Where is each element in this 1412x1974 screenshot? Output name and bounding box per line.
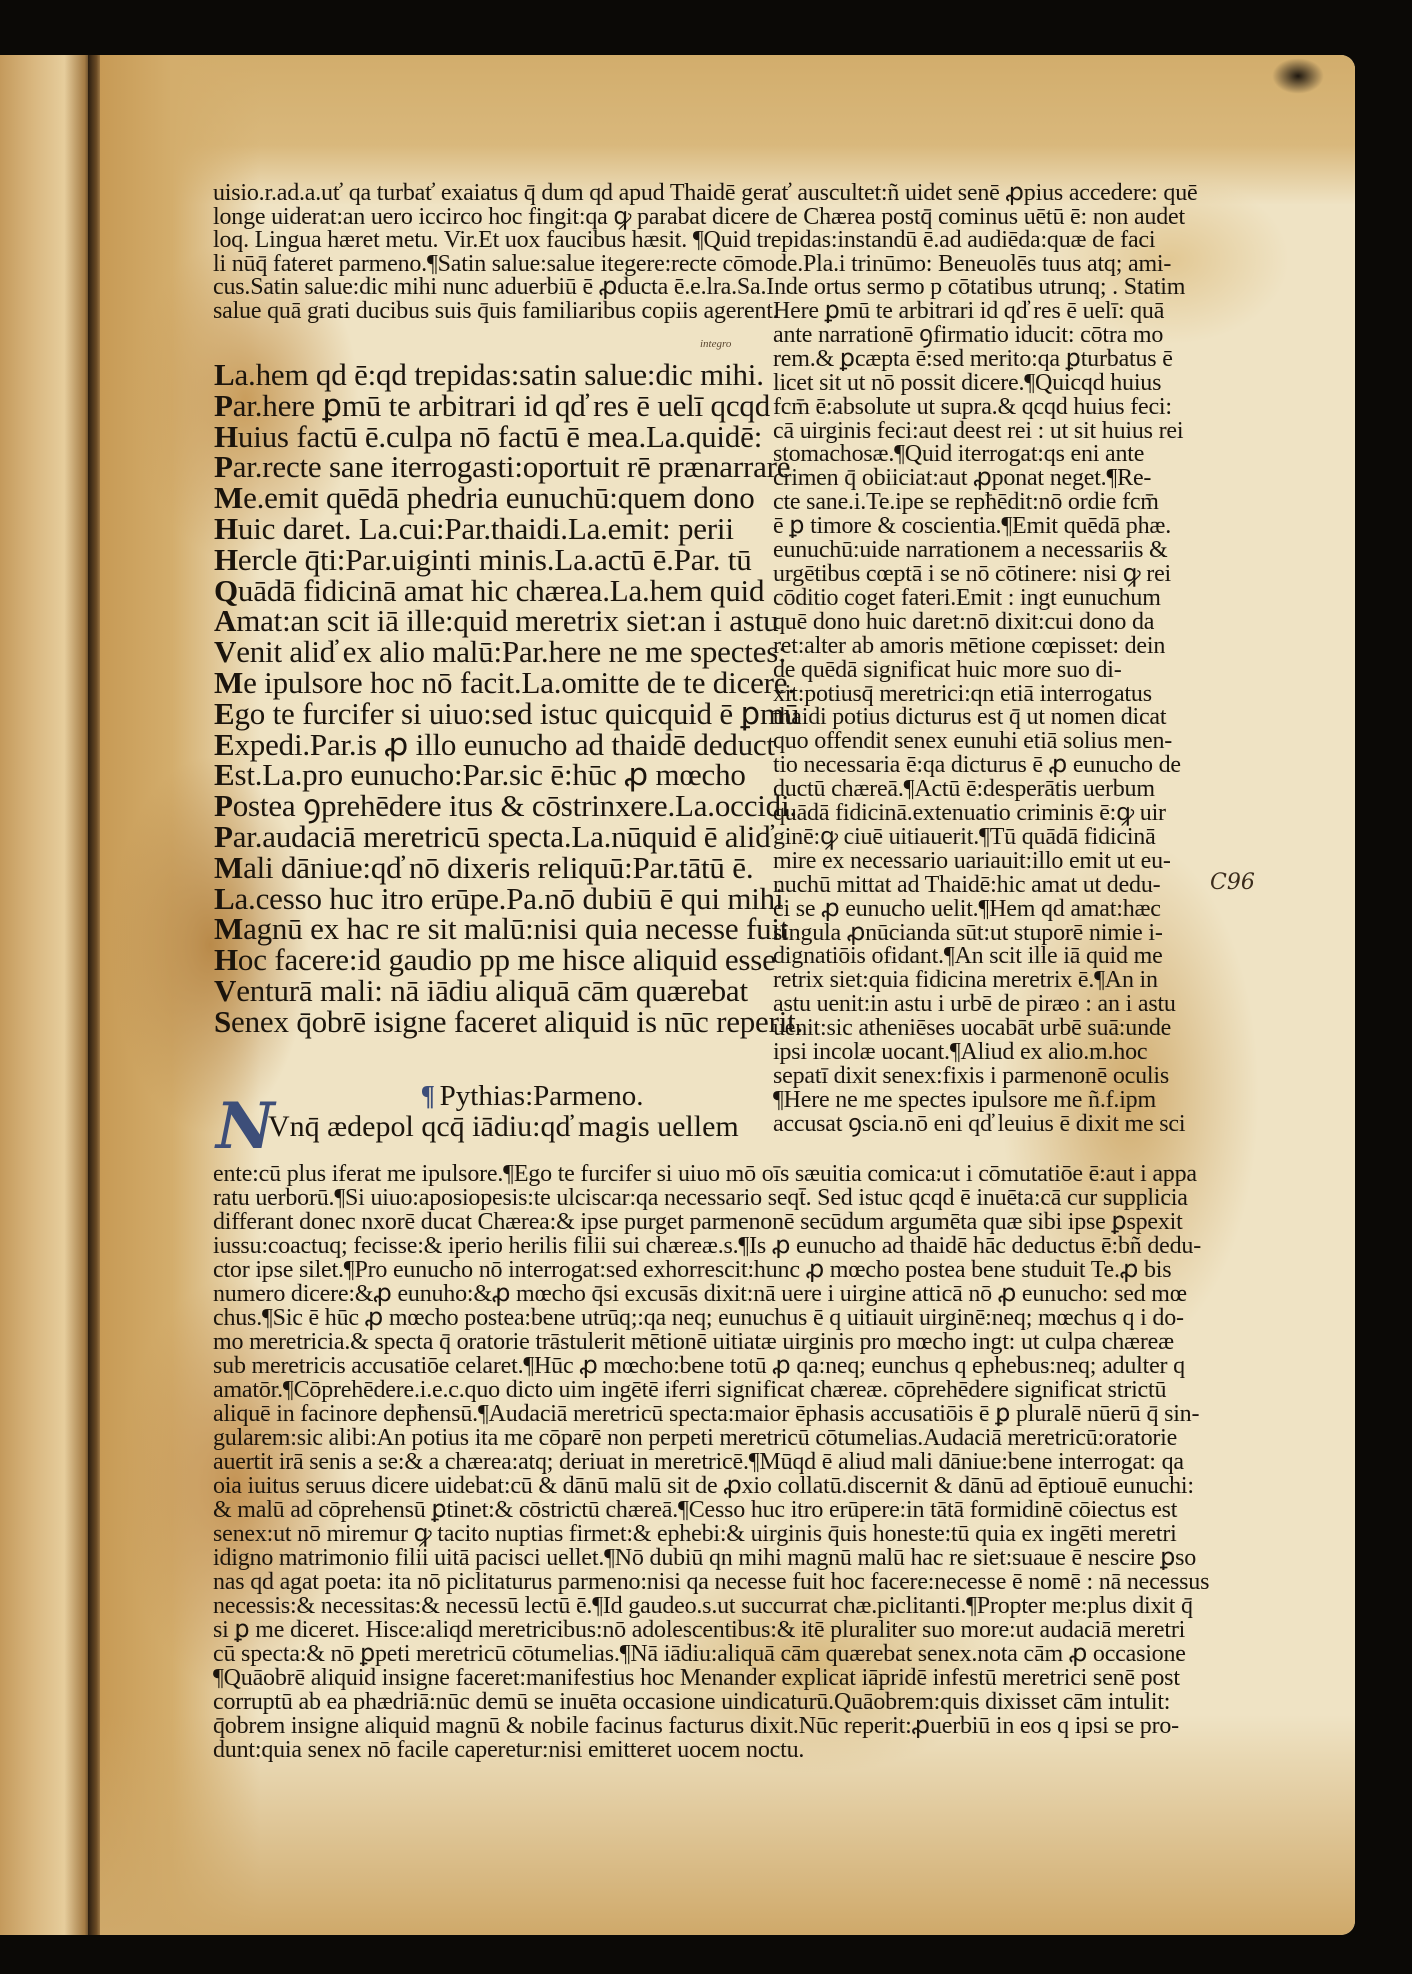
commentary-line: Here ꝑmū te arbitrari id qd̕ res ē uelī:… <box>773 300 1185 324</box>
verse-initial: P <box>214 449 233 484</box>
commentary-line: senex:ut nō miremur ꝙ tacito nuptias fir… <box>213 1522 1209 1546</box>
commentary-line: iussu:coactuq; fecisse:& iperio herilis … <box>213 1234 1209 1258</box>
verse-text: uic daret. La.cui:Par.thaidi.La.emit: pe… <box>238 511 734 546</box>
verse-initial: V <box>214 634 236 669</box>
commentary-line: dunt:quia senex nō facile caperetur:nisi… <box>213 1738 1209 1762</box>
verse-line: Hercle q̄ti:Par.uiginti minis.La.actū ē.… <box>214 545 803 576</box>
commentary-line: necessis:& necessitas:& necessū lectū ē.… <box>213 1594 1209 1618</box>
verse-initial: M <box>214 911 243 946</box>
verse-text: e ipulsore hoc nō facit.La.omitte de te … <box>243 665 795 700</box>
scene-opening-line: Vnq̄ ædepol qcq̄ iādiu:qd̕ magis uellem <box>268 1110 739 1144</box>
verse-text: ostea ꝯprehēdere itus & cōstrinxere.La.o… <box>233 788 797 823</box>
verse-initial: M <box>214 480 243 515</box>
verse-text: e.emit quēdā phedria eunuchū:quem dono <box>243 480 754 515</box>
commentary-line: cū specta:& nō ꝑpeti meretricū cōtumelia… <box>213 1642 1209 1666</box>
verse-initial: P <box>214 819 233 854</box>
verse-line: La.hem qd ē:qd trepidas:satin salue:dic … <box>214 360 803 391</box>
commentary-line: licet sit ut nō possit dicere.¶Quicqd hu… <box>773 372 1185 396</box>
commentary-line: quē dono huic daret:nō dixit:cui dono da <box>773 611 1185 635</box>
commentary-line: ante narrationē ꝯfirmatio iducit: cōtra … <box>773 324 1185 348</box>
commentary-line: & malū ad cōprehensū ꝑtinet:& cōstrictū … <box>213 1498 1209 1522</box>
commentary-line: ipsi incolæ uocant.¶Aliud ex alio.m.hoc <box>773 1041 1185 1065</box>
commentary-line: rem.& ꝑcæpta ē:sed merito:qa ꝑturbatus ē <box>773 348 1185 372</box>
verse-line: Venit alid̕ ex alio malū:Par.here ne me … <box>214 637 803 668</box>
commentary-line: uisio.r.ad.a.uť qa turbať exaiatus q̄ du… <box>213 182 1197 206</box>
commentary-line: numero dicere:&ꝓ eunuho:&ꝓ mœcho q̄si ex… <box>213 1282 1209 1306</box>
verse-initial: H <box>214 542 238 577</box>
verse-line: Expedi.Par.is ꝓ illo eunucho ad thaidē d… <box>214 730 803 761</box>
verse-line: Me ipulsore hoc nō facit.La.omitte de te… <box>214 668 803 699</box>
commentary-line: xit:potiusq̄ meretrici:qn etiā interroga… <box>773 683 1185 707</box>
commentary-line: nuchū mittat ad Thaidē:hic amat ut dedu- <box>773 874 1185 898</box>
verse-line: Me.emit quēdā phedria eunuchū:quem dono <box>214 483 803 514</box>
verse-initial: L <box>214 881 234 916</box>
commentary-line: ¶Here ne me spectes ipulsore me ñ.f.ipm <box>773 1089 1185 1113</box>
verse-initial: S <box>214 1004 231 1039</box>
verse-text: enturā mali: nā iādiu aliquā cām quæreba… <box>236 973 748 1008</box>
verse-initial: M <box>214 665 243 700</box>
verse-initial: L <box>214 357 234 392</box>
decorated-initial: N <box>216 1098 264 1156</box>
verse-initial: H <box>214 419 238 454</box>
verse-text: a.cesso huc itro erūpe.Pa.nō dubiū ē qui… <box>234 881 783 916</box>
verse-line: Venturā mali: nā iādiu aliquā cām quæreb… <box>214 976 803 1007</box>
commentary-line: differant donec nxorē ducat Chærea:& ips… <box>213 1210 1209 1234</box>
verse-line: Hoc facere:id gaudio pp me hisce aliquid… <box>214 945 803 976</box>
verse-initial: E <box>214 757 234 792</box>
verse-text: st.La.pro eunucho:Par.sic ē:hūc ꝓ mœcho <box>234 757 745 792</box>
verse-text: xpedi.Par.is ꝓ illo eunucho ad thaidē de… <box>234 727 798 762</box>
verse-initial: P <box>214 388 233 423</box>
commentary-line: uenit:sic atheniēses uocabāt urbē suā:un… <box>773 1017 1185 1041</box>
commentary-line: ente:cū plus iferat me ipulsore.¶Ego te … <box>213 1162 1209 1186</box>
verse-line: Quādā fidicinā amat hic chærea.La.hem qu… <box>214 576 803 607</box>
scene-heading-text: Pythias:Parmeno. <box>440 1080 644 1112</box>
verse-initial: E <box>214 727 234 762</box>
commentary-line: stomachosæ.¶Quid iterrogat:qs eni ante <box>773 443 1185 467</box>
commentary-line: sepatī dixit senex:fixis i parmenonē ocu… <box>773 1065 1185 1089</box>
commentary-line: crimen q̄ obiiciat:aut ꝓponat neget.¶Re- <box>773 467 1185 491</box>
commentary-line: oia iuitus seruus dicere uidebat:cū & dā… <box>213 1474 1209 1498</box>
verse-text: uādā fidicinā amat hic chærea.La.hem qui… <box>238 573 764 608</box>
verse-text: ercle q̄ti:Par.uiginti minis.La.actū ē.P… <box>238 542 752 577</box>
ink-blot <box>1272 58 1324 94</box>
commentary-line: ē ꝑ timore & coscientia.¶Emit quēdā phæ. <box>773 515 1185 539</box>
commentary-line: sub meretricis accusatiōe celaret.¶Hūc ꝓ… <box>213 1354 1209 1378</box>
commentary-line: corruptū ab ea phædriā:nūc demū se inuēt… <box>213 1690 1209 1714</box>
verse-line: Par.recte sane iterrogasti:oportuit rē p… <box>214 452 803 483</box>
verse-text: ali dāniue:qd̕ nō dixeris reliquū:Par.tā… <box>243 850 753 885</box>
commentary-line: tio necessaria ē:qa dicturus ē ꝓ eunucho… <box>773 754 1185 778</box>
commentary-line: mo meretricia.& specta q̄ oratorie trāst… <box>213 1330 1209 1354</box>
commentary-line: accusat ꝯscia.nō eni qd̕ leuius ē dixit … <box>773 1113 1185 1137</box>
commentary-line: si ꝑ me diceret. Hisce:aliqd meretricibu… <box>213 1618 1209 1642</box>
commentary-line: ctor ipse silet.¶Pro eunucho nō interrog… <box>213 1258 1209 1282</box>
commentary-line: mire ex necessario uariauit:illo emit ut… <box>773 850 1185 874</box>
verse-initial: E <box>214 696 234 731</box>
verse-text: enex q̄obrē isigne faceret aliquid is nū… <box>231 1004 803 1039</box>
commentary-line: quo offendit senex eunuhi etiā solius me… <box>773 730 1185 754</box>
verse-text: ar.here ꝑmū te arbitrari id qd̕ res ē ue… <box>233 388 770 423</box>
verse-text: ar.recte sane iterrogasti:oportuit rē pr… <box>233 449 791 484</box>
handwritten-margin-note: C96 <box>1210 870 1255 895</box>
commentary-line: singula ꝓnūcianda sūt:ut stuporē nimie i… <box>773 922 1185 946</box>
commentary-line: nas qd agat poeta: ita nō piclitaturus p… <box>213 1570 1209 1594</box>
verse-line: Par.audaciā meretricū specta.La.nūquid ē… <box>214 822 803 853</box>
commentary-line: ¶Quāobrē aliquid insigne faceret:manifes… <box>213 1666 1209 1690</box>
verse-line: Magnū ex hac re sit malū:nisi quia neces… <box>214 914 803 945</box>
commentary-line: idigno matrimonio filii uitā pacisci uel… <box>213 1546 1209 1570</box>
commentary-line: longe uiderat:an uero iccirco hoc fingit… <box>213 206 1197 230</box>
commentary-line: cus.Satin salue:dic mihi nunc aduerbiū ē… <box>213 276 1197 300</box>
commentary-line: gularem:sic alibi:An potius ita me cōpar… <box>213 1426 1209 1450</box>
commentary-line: eunuchū:uide narrationem a necessariis & <box>773 539 1185 563</box>
verse-line: Postea ꝯprehēdere itus & cōstrinxere.La.… <box>214 791 803 822</box>
verse-text: mat:an scit iā ille:quid meretrix siet:a… <box>236 603 778 638</box>
verse-line: Huic daret. La.cui:Par.thaidi.La.emit: p… <box>214 514 803 545</box>
verse-line: Ego te furcifer si uiuo:sed istuc quicqu… <box>214 699 803 730</box>
paragraph-mark-icon: ¶ <box>421 1080 435 1113</box>
verse-line: Amat:an scit iā ille:quid meretrix siet:… <box>214 606 803 637</box>
commentary-line: ginē:ꝙ ciuē uitiauerit.¶Tū quādā fidicin… <box>773 826 1185 850</box>
verse-text: uius factū ē.culpa nō factū ē mea.La.qui… <box>238 419 762 454</box>
commentary-line: li nūq̄ fateret parmeno.¶Satin salue:sal… <box>213 253 1197 277</box>
commentary-line: urgētibus cœptā i se nō cōtinere: nisi ꝙ… <box>773 563 1185 587</box>
verse-text: a.hem qd ē:qd trepidas:satin salue:dic m… <box>234 357 763 392</box>
commentary-line: aliquē in facinore depħensū.¶Audaciā mer… <box>213 1402 1209 1426</box>
verse-initial: Q <box>214 573 238 608</box>
commentary-line: amatōr.¶Cōprehēdere.i.e.c.quo dicto uim … <box>213 1378 1209 1402</box>
bottom-commentary: ente:cū plus iferat me ipulsore.¶Ego te … <box>213 1162 1209 1762</box>
verse-line: La.cesso huc itro erūpe.Pa.nō dubiū ē qu… <box>214 884 803 915</box>
verse-line: Par.here ꝑmū te arbitrari id qd̕ res ē u… <box>214 391 803 422</box>
verse-text: ar.audaciā meretricū specta.La.nūquid ē … <box>233 819 771 854</box>
verse-initial: H <box>214 942 238 977</box>
interlinear-gloss: integro <box>700 338 731 350</box>
verse-line: Mali dāniue:qd̕ nō dixeris reliquū:Par.t… <box>214 853 803 884</box>
facing-page-edge <box>0 55 92 1935</box>
commentary-line: thaidi potius dicturus est q̄ ut nomen d… <box>773 706 1185 730</box>
verse-text: oc facere:id gaudio pp me hisce aliquid … <box>238 942 776 977</box>
commentary-line: cte sane.i.Te.ipe se repħēdit:nō ordie f… <box>773 491 1185 515</box>
verse-initial: H <box>214 511 238 546</box>
scene-heading: ¶Pythias:Parmeno. <box>420 1080 643 1113</box>
commentary-line: dignatiōis ofidant.¶An scit ille iā quid… <box>773 945 1185 969</box>
commentary-line: ci se ꝓ eunucho uelit.¶Hem qd amat:hæc <box>773 898 1185 922</box>
main-verse-text: La.hem qd ē:qd trepidas:satin salue:dic … <box>214 360 803 1038</box>
commentary-line: q̄obrem insigne aliquid magnū & nobile f… <box>213 1714 1209 1738</box>
verse-initial: M <box>214 850 243 885</box>
commentary-line: quādā fidicinā.extenuatio criminis ē:ꝙ u… <box>773 802 1185 826</box>
commentary-line: chus.¶Sic ē hūc ꝓ mœcho postea:bene utrū… <box>213 1306 1209 1330</box>
commentary-line: ratu uerborū.¶Si uiuo:aposiopesis:te ulc… <box>213 1186 1209 1210</box>
right-commentary: Here ꝑmū te arbitrari id qd̕ res ē uelī:… <box>773 300 1185 1137</box>
commentary-line: loq. Lingua hæret metu. Vir.Et uox fauci… <box>213 229 1197 253</box>
verse-initial: A <box>214 603 236 638</box>
verse-line: Est.La.pro eunucho:Par.sic ē:hūc ꝓ mœcho <box>214 760 803 791</box>
commentary-line: auertit irā senis a se:& a chærea:atq; d… <box>213 1450 1209 1474</box>
verse-text: agnū ex hac re sit malū:nisi quia necess… <box>243 911 788 946</box>
verse-line: Senex q̄obrē isigne faceret aliquid is n… <box>214 1007 803 1038</box>
commentary-line: ductū chæreā.¶Actū ē:desperātis uerbum <box>773 778 1185 802</box>
commentary-line: ret:alter ab amoris mētione cœpisset: de… <box>773 635 1185 659</box>
commentary-line: fcm̄ ē:absolute ut supra.& qcqd huius fe… <box>773 396 1185 420</box>
commentary-line: de quēdā significat huic more suo di- <box>773 659 1185 683</box>
verse-initial: V <box>214 973 236 1008</box>
commentary-line: cā uirginis feci:aut deest rei : ut sit … <box>773 420 1185 444</box>
verse-text: enit alid̕ ex alio malū:Par.here ne me s… <box>236 634 786 669</box>
verse-text: go te furcifer si uiuo:sed istuc quicqui… <box>234 696 799 731</box>
commentary-line: retrix siet:quia fidicina meretrix ē.¶An… <box>773 969 1185 993</box>
commentary-line: cōditio coget fateri.Emit : ingt eunuchu… <box>773 587 1185 611</box>
verse-line: Huius factū ē.culpa nō factū ē mea.La.qu… <box>214 422 803 453</box>
commentary-line: astu uenit:in astu i urbē de piræo : an … <box>773 993 1185 1017</box>
verse-initial: P <box>214 788 233 823</box>
